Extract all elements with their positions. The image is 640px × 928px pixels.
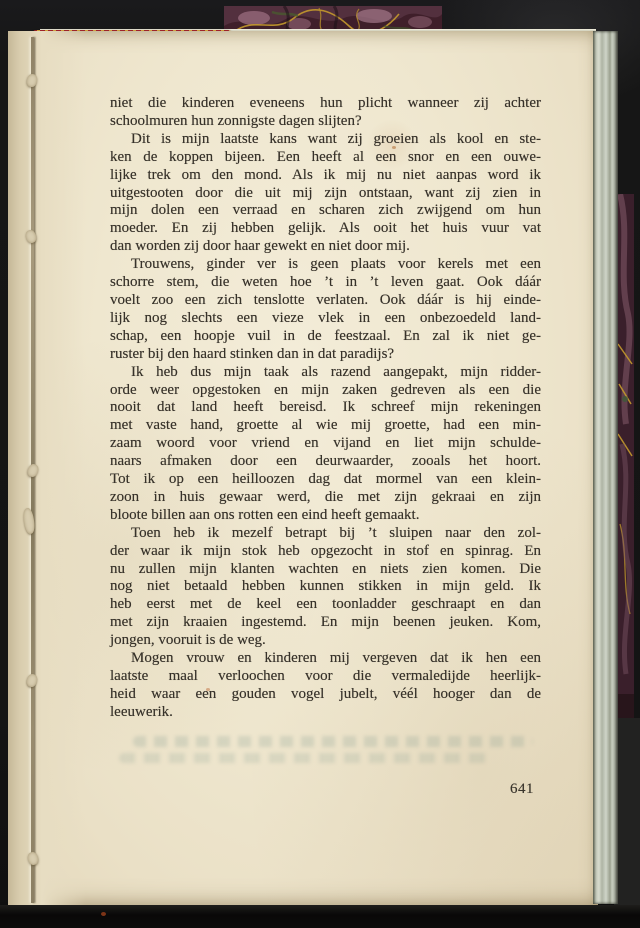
dust-speck	[392, 146, 396, 149]
text-line: met vaste hand, groette al wie mij groet…	[110, 417, 541, 435]
text-line: laatste maal verloochen voor die vermale…	[110, 668, 541, 686]
text-line: ruster bij den haard stinken dan in dat …	[110, 346, 541, 364]
text-line: jongen, vooruit is de weg.	[110, 632, 541, 650]
gutter-shadow	[8, 31, 86, 905]
text-line: schorre stem, die weten hoe ’t in ’t lev…	[110, 274, 541, 292]
dust-speck	[206, 688, 210, 691]
text-line: Dit is mijn laatste kans want zij groeie…	[110, 131, 541, 149]
text-line: schap, een hoopje vuil in de feestzaal. …	[110, 328, 541, 346]
text-line: lijke trek om den mond. Als ik mij nu ni…	[110, 167, 541, 185]
text-line: uitgestooten door die uit mij zijn ontst…	[110, 185, 541, 203]
page-text: niet die kinderen eveneens hun plicht wa…	[110, 95, 541, 722]
text-line: mijn dolen een verraad en scharen zich z…	[110, 202, 541, 220]
text-line: zaam woord voor vriend en vijand en liet…	[110, 435, 541, 453]
page-edges	[593, 31, 618, 904]
text-line: leeuwerik.	[110, 704, 541, 722]
text-line: der waar ik mijn stok heb opgezocht in s…	[110, 543, 541, 561]
text-line: dan worden zij door haar gewekt en niet …	[110, 238, 541, 256]
text-line: Trouwens, ginder ver is geen plaats voor…	[110, 256, 541, 274]
text-line: lijk nog slechts een vieze vlek in een o…	[110, 310, 541, 328]
bottom-shadow-band	[0, 905, 640, 928]
text-line: schoolmuren hun zonnigste dagen slijten?	[110, 113, 541, 131]
text-line: nog niet betaald hebben kunnen stikken i…	[110, 578, 541, 596]
text-line: heb eerst met de keel een toonladder ges…	[110, 596, 541, 614]
text-line: Toen heb ik mezelf betrapt bij ’t sluipe…	[110, 525, 541, 543]
text-line: bloote billen aan ons rotten een eind he…	[110, 507, 541, 525]
text-line: zoon in huis gewaar werd, die met zijn g…	[110, 489, 541, 507]
text-line: orde weer opgestoken en mijn zaken gedre…	[110, 382, 541, 400]
text-line: Mogen vrouw en kinderen mij vergeven dat…	[110, 650, 541, 668]
text-line: voelt zoo een zich tenslotte verlaten. O…	[110, 292, 541, 310]
text-line: heid waar een gouden vogel jubelt, véél …	[110, 686, 541, 704]
page-number: 641	[470, 781, 534, 798]
text-line: met zijn kraaien ingestemd. En mijn been…	[110, 614, 541, 632]
text-line: Tot ik op een heilloozen dag dat mormel …	[110, 471, 541, 489]
dust-speck	[101, 912, 106, 916]
text-line: naars afmaken door een deurwaarder, zooa…	[110, 453, 541, 471]
book-photo: niet die kinderen eveneens hun plicht wa…	[0, 0, 640, 928]
text-line: Ik heb dus mijn taak als razend aangepak…	[110, 364, 541, 382]
text-line: nu zullen mijn klanten wachten en niets …	[110, 561, 541, 579]
text-line: nooit dat land heeft bereisd. Ik schreef…	[110, 399, 541, 417]
text-line: moeder. En zij hebben gelijk. Als ooit h…	[110, 220, 541, 238]
text-line: niet die kinderen eveneens hun plicht wa…	[110, 95, 541, 113]
text-line: ken de koppen bijeen. Een heeft al een s…	[110, 149, 541, 167]
marbled-cover-right	[616, 194, 634, 722]
